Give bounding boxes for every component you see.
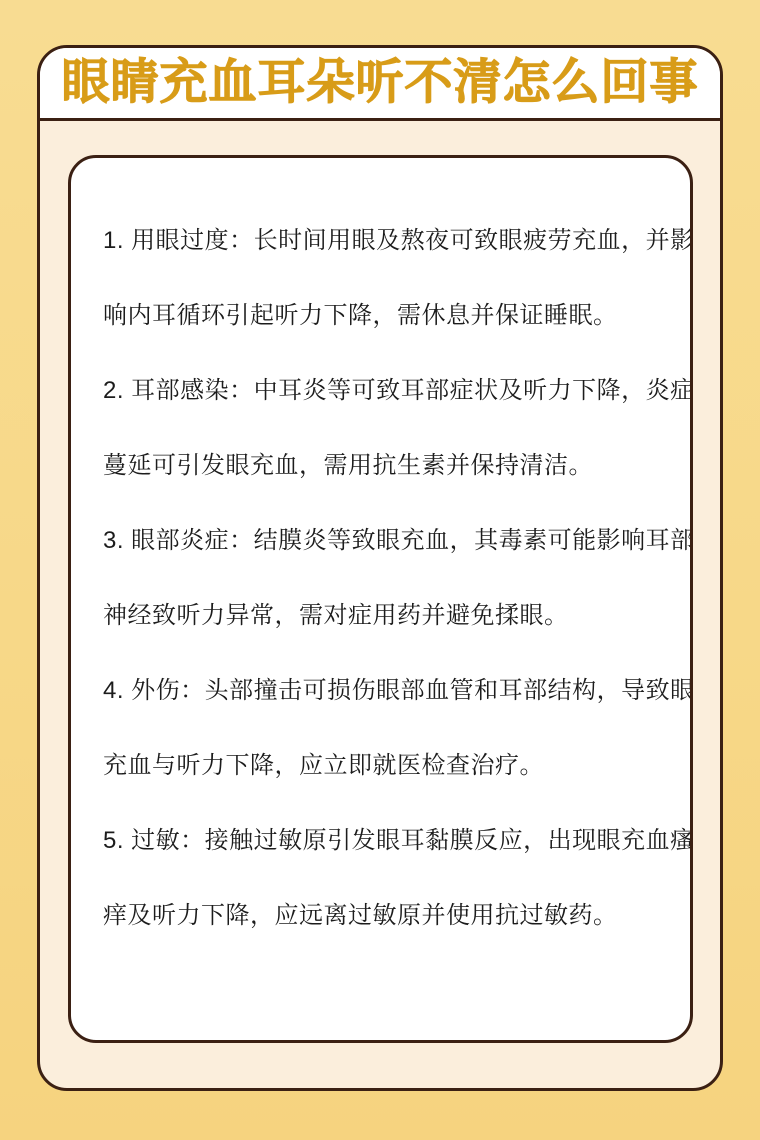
list-item-line: 4. 外伤：头部撞击可损伤眼部血管和耳部结构，导致眼 (103, 653, 690, 728)
cause-list: 1. 用眼过度：长时间用眼及熬夜可致眼疲劳充血，并影 响内耳循环引起听力下降，需… (71, 158, 690, 953)
list-item-line: 神经致听力异常，需对症用药并避免揉眼。 (103, 578, 690, 653)
list-item-line: 2. 耳部感染：中耳炎等可致耳部症状及听力下降，炎症 (103, 353, 690, 428)
list-item-line: 1. 用眼过度：长时间用眼及熬夜可致眼疲劳充血，并影 (103, 203, 690, 278)
page-title: 眼睛充血耳朵听不清怎么回事 (61, 59, 698, 107)
list-item-3: 3. 眼部炎症：结膜炎等致眼充血，其毒素可能影响耳部 神经致听力异常，需对症用药… (103, 503, 690, 653)
list-item-line: 响内耳循环引起听力下降，需休息并保证睡眠。 (103, 278, 690, 353)
content-panel: 1. 用眼过度：长时间用眼及熬夜可致眼疲劳充血，并影 响内耳循环引起听力下降，需… (68, 155, 693, 1043)
list-item-1: 1. 用眼过度：长时间用眼及熬夜可致眼疲劳充血，并影 响内耳循环引起听力下降，需… (103, 203, 690, 353)
list-item-line: 5. 过敏：接触过敏原引发眼耳黏膜反应，出现眼充血瘙 (103, 803, 690, 878)
list-item-line: 3. 眼部炎症：结膜炎等致眼充血，其毒素可能影响耳部 (103, 503, 690, 578)
info-card: 眼睛充血耳朵听不清怎么回事 1. 用眼过度：长时间用眼及熬夜可致眼疲劳充血，并影… (37, 45, 723, 1091)
list-item-4: 4. 外伤：头部撞击可损伤眼部血管和耳部结构，导致眼 充血与听力下降，应立即就医… (103, 653, 690, 803)
list-item-5: 5. 过敏：接触过敏原引发眼耳黏膜反应，出现眼充血瘙 痒及听力下降，应远离过敏原… (103, 803, 690, 953)
list-item-line: 充血与听力下降，应立即就医检查治疗。 (103, 728, 690, 803)
list-item-line: 痒及听力下降，应远离过敏原并使用抗过敏药。 (103, 878, 690, 953)
list-item-line: 蔓延可引发眼充血，需用抗生素并保持清洁。 (103, 428, 690, 503)
card-header: 眼睛充血耳朵听不清怎么回事 (40, 48, 720, 121)
page-background: { "colors": { "page_background": "#F7D88… (0, 0, 760, 1140)
list-item-2: 2. 耳部感染：中耳炎等可致耳部症状及听力下降，炎症 蔓延可引发眼充血，需用抗生… (103, 353, 690, 503)
